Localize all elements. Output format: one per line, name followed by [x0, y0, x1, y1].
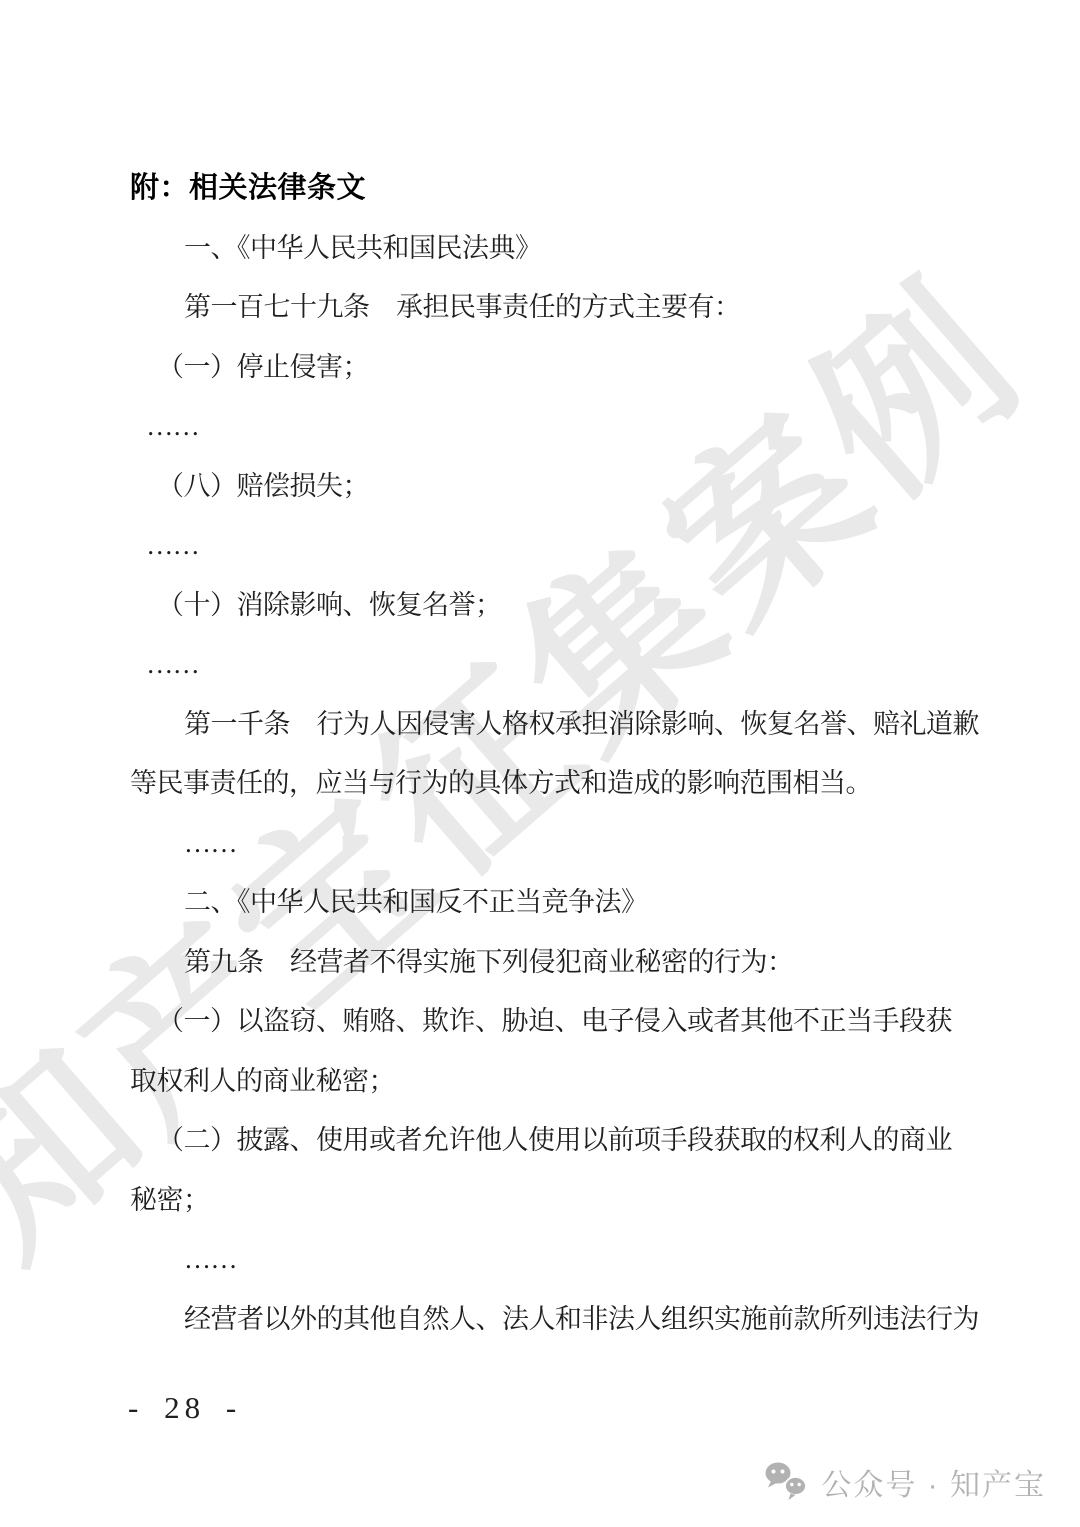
wechat-icon [764, 1461, 810, 1503]
text-line: 二、《中华人民共和国反不正当竞争法》 [130, 873, 970, 933]
text-line: 秘密； [130, 1171, 970, 1231]
page-number: - 28 - [128, 1390, 241, 1426]
text-line: （二）披露、使用或者允许他人使用以前项手段获取的权利人的商业 [130, 1111, 970, 1171]
text-line: 第九条 经营者不得实施下列侵犯商业秘密的行为： [130, 933, 970, 993]
legal-text-block: 附：相关法律条文一、《中华人民共和国民法典》第一百七十九条 承担民事责任的方式主… [130, 159, 970, 1349]
text-line: …… [130, 1230, 970, 1290]
text-line: 一、《中华人民共和国民法典》 [130, 219, 970, 279]
text-line: （八）赔偿损失； [130, 457, 970, 517]
text-line: （十）消除影响、恢复名誉； [130, 576, 970, 636]
text-line: …… [130, 397, 970, 457]
text-line: 取权利人的商业秘密； [130, 1052, 970, 1112]
text-line: …… [130, 635, 970, 695]
text-line: （一）停止侵害； [130, 338, 970, 398]
document-page: 知产宝征集案例 附：相关法律条文一、《中华人民共和国民法典》第一百七十九条 承担… [0, 0, 1080, 1527]
text-line: （一）以盗窃、贿赂、欺诈、胁迫、电子侵入或者其他不正当手段获 [130, 992, 970, 1052]
footer-label: 公众号 · 知产宝 [821, 1460, 1046, 1504]
text-line: 第一千条 行为人因侵害人格权承担消除影响、恢复名誉、赔礼道歉 [130, 695, 970, 755]
footer: 公众号 · 知产宝 [764, 1460, 1046, 1504]
text-line: 等民事责任的，应当与行为的具体方式和造成的影响范围相当。 [130, 754, 970, 814]
text-line: …… [130, 516, 970, 576]
text-line: …… [130, 814, 970, 874]
text-line: 经营者以外的其他自然人、法人和非法人组织实施前款所列违法行为 [130, 1290, 970, 1350]
attachment-heading: 附：相关法律条文 [130, 159, 970, 219]
text-line: 第一百七十九条 承担民事责任的方式主要有： [130, 278, 970, 338]
